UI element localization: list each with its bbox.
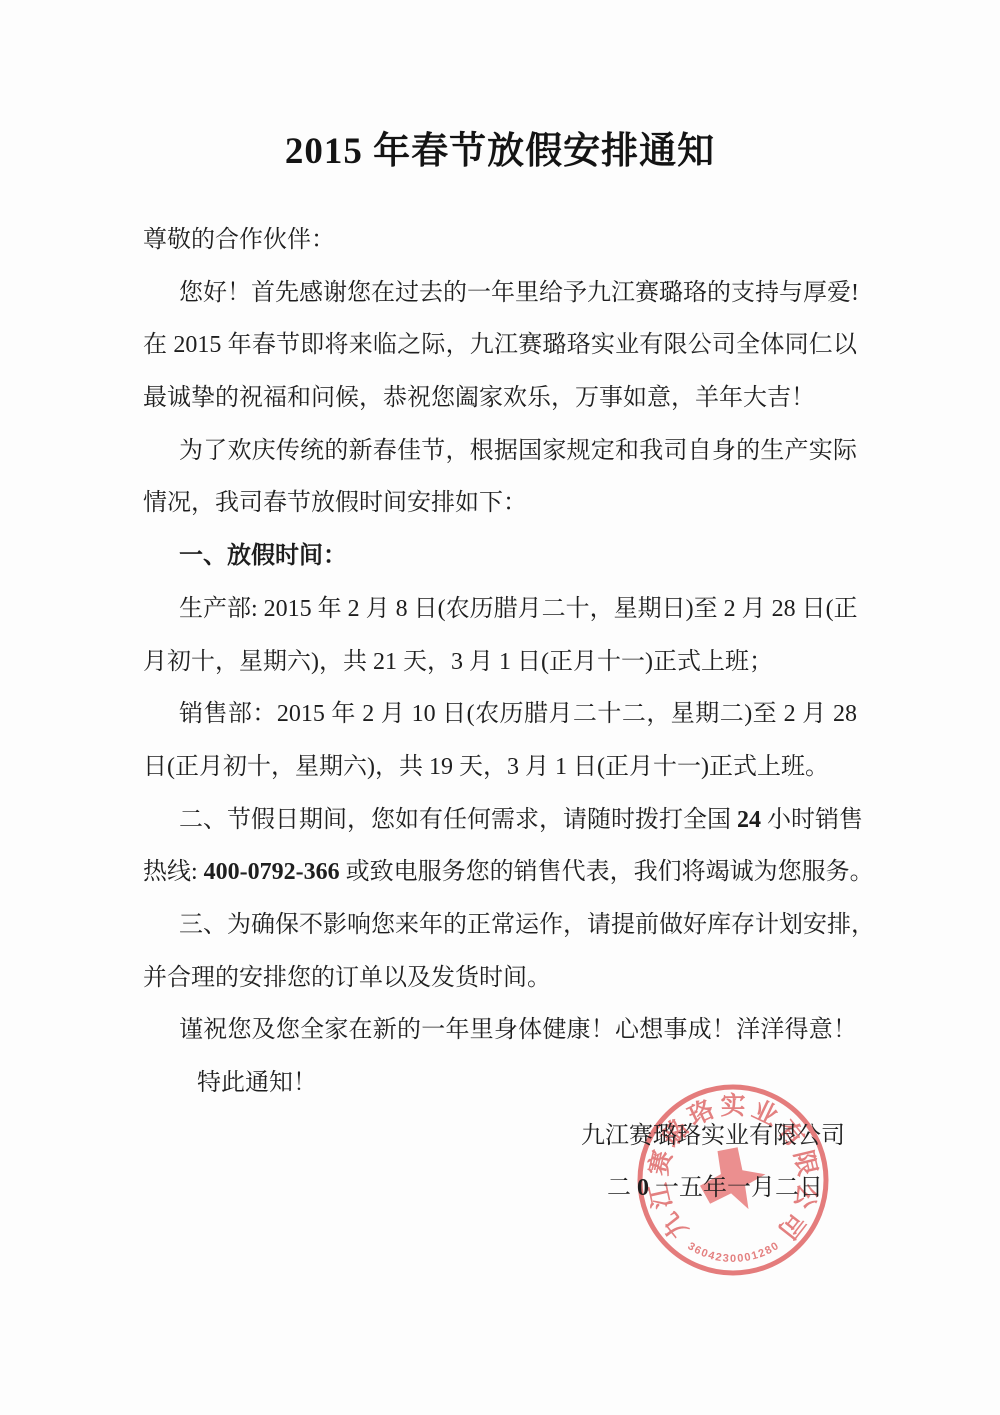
text-line: 销售部：2015 年 2 月 10 日(农历腊月二十二，星期二)至 2 月 28 (143, 688, 857, 741)
text-segment: 日(正月初十，星期六)，共 19 天，3 月 1 日(正月十一)正式上班。 (143, 754, 829, 780)
text-line: 特此通知！ (143, 1057, 857, 1110)
text-line: 一、放假时间： (143, 530, 857, 583)
text-segment: 最诚挚的祝福和问候，恭祝您阖家欢乐，万事如意，羊年大吉！ (143, 385, 815, 411)
text-segment: 您好！首先感谢您在过去的一年里给予九江赛璐珞的支持与厚爱! (179, 280, 859, 306)
text-line: 情况，我司春节放假时间安排如下： (143, 477, 857, 530)
text-line: 您好！首先感谢您在过去的一年里给予九江赛璐珞的支持与厚爱! (143, 267, 857, 320)
text-segment: 谨祝您及您全家在新的一年里身体健康！心想事成！洋洋得意！ (179, 1017, 857, 1043)
text-line: 二 0 一五年一月二日 (143, 1162, 857, 1215)
text-segment: 为了欢庆传统的新春佳节，根据国家规定和我司自身的生产实际 (179, 438, 857, 464)
text-line: 谨祝您及您全家在新的一年里身体健康！心想事成！洋洋得意！ (143, 1004, 857, 1057)
text-segment: 特此通知！ (197, 1070, 317, 1096)
text-segment: 在 2015 年春节即将来临之际，九江赛璐珞实业有限公司全体同仁以 (143, 332, 857, 358)
text-line: 三、为确保不影响您来年的正常运作，请提前做好库存计划安排， (143, 899, 857, 952)
svg-text:2: 2 (714, 1251, 722, 1264)
seal-serial-number: 3604230001280 (685, 1240, 780, 1265)
text-segment: 情况，我司春节放假时间安排如下： (143, 490, 527, 516)
text-segment-bold: 24 (737, 807, 761, 833)
text-segment: 尊敬的合作伙伴： (143, 227, 335, 253)
text-segment: 小时销售 (761, 807, 863, 833)
text-line: 最诚挚的祝福和问候，恭祝您阖家欢乐，万事如意，羊年大吉！ (143, 372, 857, 425)
text-line: 生产部: 2015 年 2 月 8 日(农历腊月二十，星期日)至 2 月 28 … (143, 583, 857, 636)
document-body: 尊敬的合作伙伴：您好！首先感谢您在过去的一年里给予九江赛璐珞的支持与厚爱!在 2… (143, 214, 857, 1215)
text-segment: 并合理的安排您的订单以及发货时间。 (143, 965, 551, 991)
text-segment: 生产部: 2015 年 2 月 8 日(农历腊月二十，星期日)至 2 月 28 … (179, 596, 858, 622)
text-line: 尊敬的合作伙伴： (143, 214, 857, 267)
text-segment: 二、节假日期间，您如有任何需求，请随时拨打全国 (179, 807, 737, 833)
text-segment-bold: 一、放假时间： (179, 543, 347, 569)
text-segment: 二 (607, 1175, 637, 1201)
text-segment: 或致电服务您的销售代表，我们将竭诚为您服务。 (340, 859, 874, 885)
text-segment-bold: 0 (637, 1175, 649, 1201)
text-line: 二、节假日期间，您如有任何需求，请随时拨打全国 24 小时销售 (143, 794, 857, 847)
text-line: 热线: 400-0792-366 或致电服务您的销售代表，我们将竭诚为您服务。 (143, 846, 857, 899)
text-line: 月初十，星期六)，共 21 天，3 月 1 日(正月十一)正式上班； (143, 636, 857, 689)
text-line: 九江赛璐珞实业有限公司 (143, 1110, 857, 1163)
notice-title: 2015 年春节放假安排通知 (0, 120, 1000, 174)
text-segment: 热线: (143, 859, 204, 885)
svg-text:0: 0 (737, 1252, 744, 1265)
svg-text:3: 3 (722, 1252, 729, 1265)
text-segment: 九江赛璐珞实业有限公司 (581, 1123, 845, 1149)
text-segment: 一五年一月二日 (649, 1175, 823, 1201)
text-line: 为了欢庆传统的新春佳节，根据国家规定和我司自身的生产实际 (143, 425, 857, 478)
text-segment-bold: 400-0792-366 (204, 859, 340, 885)
text-segment: 月初十，星期六)，共 21 天，3 月 1 日(正月十一)正式上班； (143, 649, 773, 675)
text-line: 日(正月初十，星期六)，共 19 天，3 月 1 日(正月十一)正式上班。 (143, 741, 857, 794)
text-segment: 三、为确保不影响您来年的正常运作，请提前做好库存计划安排， (179, 912, 875, 938)
text-line: 并合理的安排您的订单以及发货时间。 (143, 952, 857, 1005)
text-line: 在 2015 年春节即将来临之际，九江赛璐珞实业有限公司全体同仁以 (143, 319, 857, 372)
text-segment: 销售部：2015 年 2 月 10 日(农历腊月二十二，星期二)至 2 月 28 (179, 701, 857, 727)
svg-text:0: 0 (730, 1253, 736, 1265)
document-page: 2015 年春节放假安排通知 九江赛璐珞实业有限公司 3604230001280… (0, 0, 1000, 1415)
